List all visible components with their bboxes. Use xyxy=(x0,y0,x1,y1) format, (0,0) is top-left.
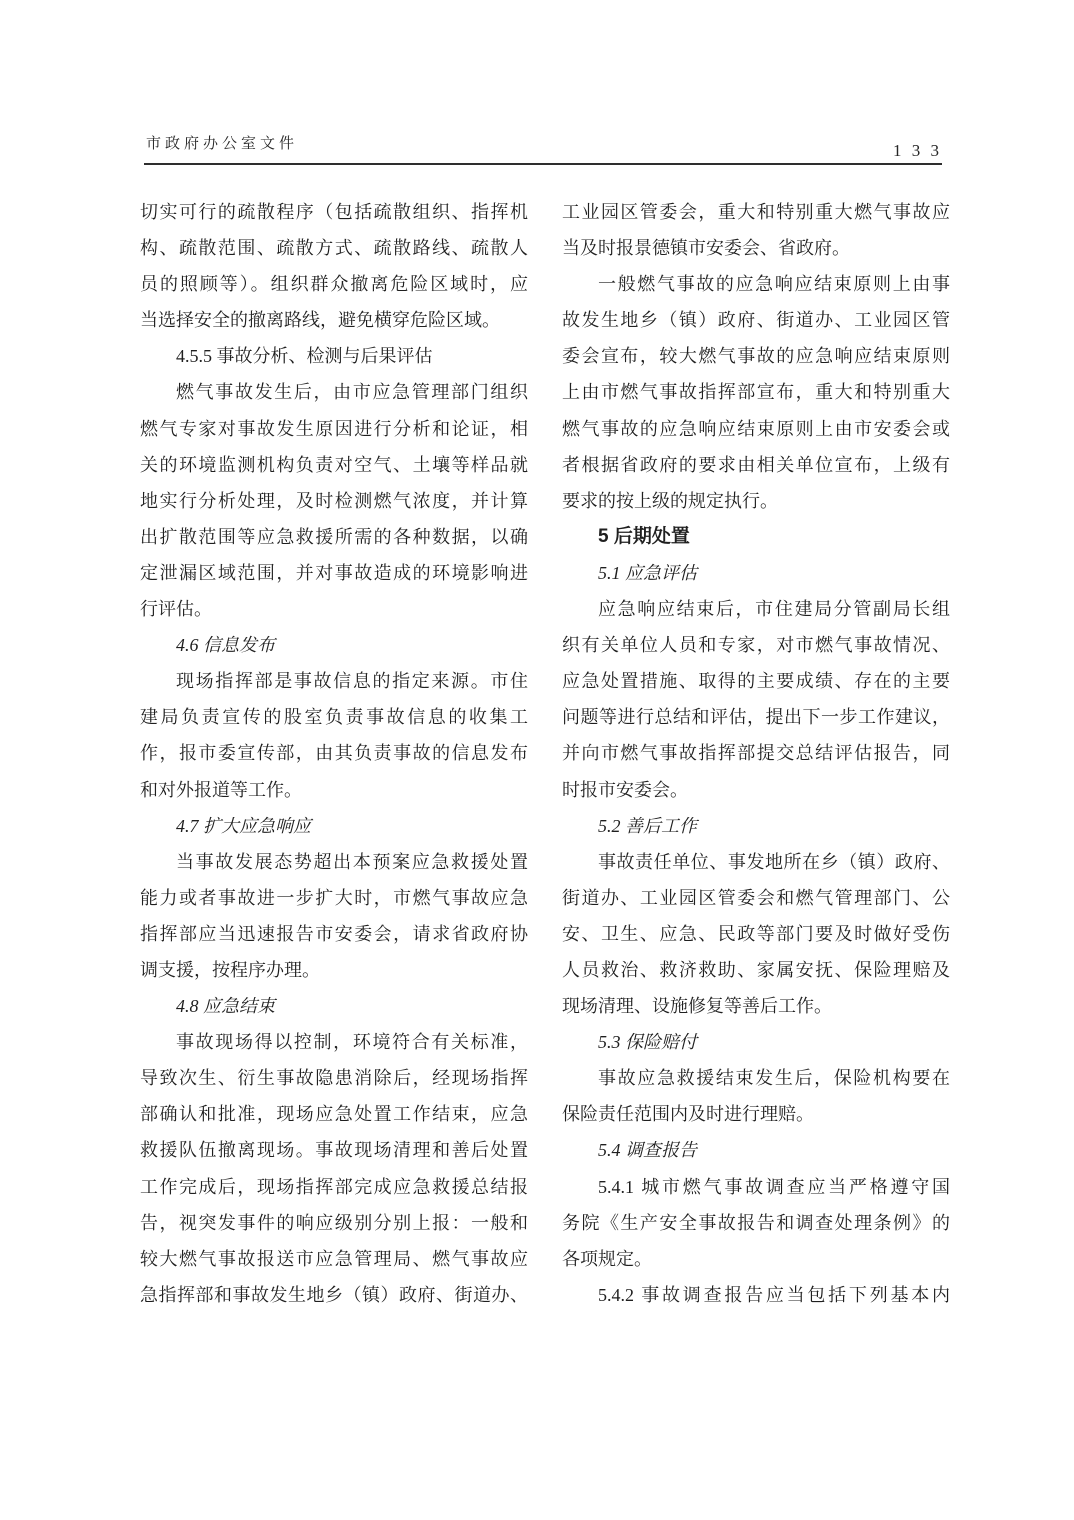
text-line: 事故现场得以控制，环境符合有关标准， xyxy=(140,1024,528,1060)
text-line: 当选择安全的撤离路线，避免横穿危险区域。 xyxy=(140,302,528,338)
text-line: 燃气事故发生后，由市应急管理部门组织 xyxy=(140,374,528,410)
text-line: 问题等进行总结和评估，提出下一步工作建议， xyxy=(562,699,950,735)
document-page: 市政府办公室文件 1 3 3 切实可行的疏散程序（包括疏散组织、指挥机构、疏散范… xyxy=(0,0,1074,1520)
text-line: 安、卫生、应急、民政等部门要及时做好受伤 xyxy=(562,916,950,952)
text-line: 员的照顾等）。组织群众撤离危险区域时，应 xyxy=(140,266,528,302)
text-line: 指挥部应当迅速报告市安委会，请求省政府协 xyxy=(140,916,528,952)
text-line: 行评估。 xyxy=(140,591,528,627)
text-line: 要求的按上级的规定执行。 xyxy=(562,483,950,519)
text-line: 告，视突发事件的响应级别分别上报：一般和 xyxy=(140,1205,528,1241)
text-line: 当事故发展态势超出本预案应急救援处置 xyxy=(140,844,528,880)
text-line: 各项规定。 xyxy=(562,1241,950,1277)
text-line: 织有关单位人员和专家，对市燃气事故情况、 xyxy=(562,627,950,663)
text-line: 现场清理、设施修复等善后工作。 xyxy=(562,988,950,1024)
text-line: 一般燃气事故的应急响应结束原则上由事 xyxy=(562,266,950,302)
text-line: 定泄漏区域范围，并对事故造成的环境影响进 xyxy=(140,555,528,591)
text-line: 时报市安委会。 xyxy=(562,772,950,808)
text-line: 部确认和批准，现场应急处置工作结束，应急 xyxy=(140,1096,528,1132)
section-heading: 5.4 调查报告 xyxy=(562,1132,950,1168)
header-title: 市政府办公室文件 xyxy=(146,132,298,153)
text-line: 现场指挥部是事故信息的指定来源。市住 xyxy=(140,663,528,699)
text-line: 关的环境监测机构负责对空气、土壤等样品就 xyxy=(140,447,528,483)
text-line: 作，报市委宣传部，由其负责事故的信息发布 xyxy=(140,735,528,771)
text-line: 事故应急救援结束发生后，保险机构要在 xyxy=(562,1060,950,1096)
text-line: 保险责任范围内及时进行理赔。 xyxy=(562,1096,950,1132)
section-heading: 5.1 应急评估 xyxy=(562,555,950,591)
text-line: 调支援，按程序办理。 xyxy=(140,952,528,988)
text-line: 并向市燃气事故指挥部提交总结评估报告，同 xyxy=(562,735,950,771)
text-line: 出扩散范围等应急救援所需的各种数据，以确 xyxy=(140,519,528,555)
text-line: 5.4.2 事故调查报告应当包括下列基本内 xyxy=(562,1277,950,1313)
text-line: 故发生地乡（镇）政府、街道办、工业园区管 xyxy=(562,302,950,338)
section-heading: 4.7 扩大应急响应 xyxy=(140,808,528,844)
text-line: 较大燃气事故报送市应急管理局、燃气事故应 xyxy=(140,1241,528,1277)
text-line: 当及时报景德镇市安委会、省政府。 xyxy=(562,230,950,266)
section-heading: 5.3 保险赔付 xyxy=(562,1024,950,1060)
text-line: 人员救治、救济救助、家属安抚、保险理赔及 xyxy=(562,952,950,988)
text-line: 应急响应结束后，市住建局分管副局长组 xyxy=(562,591,950,627)
text-line: 委会宣布，较大燃气事故的应急响应结束原则 xyxy=(562,338,950,374)
text-line: 切实可行的疏散程序（包括疏散组织、指挥机 xyxy=(140,194,528,230)
section-heading: 4.8 应急结束 xyxy=(140,988,528,1024)
text-line: 事故责任单位、事发地所在乡（镇）政府、 xyxy=(562,844,950,880)
text-line: 燃气专家对事故发生原因进行分析和论证，相 xyxy=(140,411,528,447)
text-line: 工作完成后，现场指挥部完成应急救援总结报 xyxy=(140,1169,528,1205)
text-line: 5.4.1 城市燃气事故调查应当严格遵守国 xyxy=(562,1169,950,1205)
text-line: 工业园区管委会，重大和特别重大燃气事故应 xyxy=(562,194,950,230)
text-line: 和对外报道等工作。 xyxy=(140,772,528,808)
section-heading: 4.6 信息发布 xyxy=(140,627,528,663)
text-line: 4.5.5 事故分析、检测与后果评估 xyxy=(140,338,528,374)
column-right: 工业园区管委会，重大和特别重大燃气事故应当及时报景德镇市安委会、省政府。一般燃气… xyxy=(562,194,950,1313)
text-line: 能力或者事故进一步扩大时，市燃气事故应急 xyxy=(140,880,528,916)
text-line: 务院《生产安全事故报告和调查处理条例》的 xyxy=(562,1205,950,1241)
text-line: 者根据省政府的要求由相关单位宣布，上级有 xyxy=(562,447,950,483)
text-line: 应急处置措施、取得的主要成绩、存在的主要 xyxy=(562,663,950,699)
section-heading: 5 后期处置 xyxy=(562,519,950,555)
text-line: 燃气事故的应急响应结束原则上由市安委会或 xyxy=(562,411,950,447)
text-line: 急指挥部和事故发生地乡（镇）政府、街道办、 xyxy=(140,1277,528,1313)
section-heading: 5.2 善后工作 xyxy=(562,808,950,844)
text-line: 地实行分析处理，及时检测燃气浓度，并计算 xyxy=(140,483,528,519)
text-line: 建局负责宣传的股室负责事故信息的收集工 xyxy=(140,699,528,735)
text-line: 街道办、工业园区管委会和燃气管理部门、公 xyxy=(562,880,950,916)
text-line: 构、疏散范围、疏散方式、疏散路线、疏散人 xyxy=(140,230,528,266)
text-line: 上由市燃气事故指挥部宣布，重大和特别重大 xyxy=(562,374,950,410)
page-number: 1 3 3 xyxy=(893,141,942,161)
text-line: 救援队伍撤离现场。事故现场清理和善后处置 xyxy=(140,1132,528,1168)
text-line: 导致次生、衍生事故隐患消除后，经现场指挥 xyxy=(140,1060,528,1096)
header-rule xyxy=(144,163,942,165)
column-left: 切实可行的疏散程序（包括疏散组织、指挥机构、疏散范围、疏散方式、疏散路线、疏散人… xyxy=(140,194,528,1313)
